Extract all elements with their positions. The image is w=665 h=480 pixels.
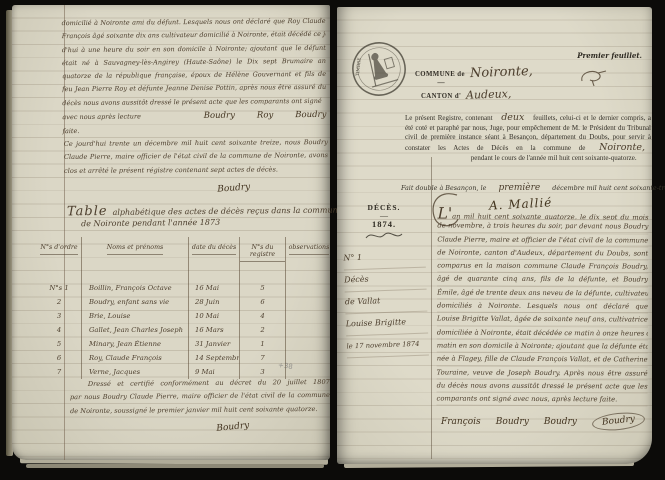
cell-date: 14 Septembre: [188, 351, 239, 365]
handwritten-line: âgé de quarante cinq ans, fils de la déf…: [437, 273, 648, 287]
cell-register-number: 1: [239, 337, 285, 351]
cell-order: 3: [37, 309, 81, 323]
table-title-line2: de Noironte pendant l'année 1873: [81, 217, 327, 233]
cell-register-number: 6: [239, 295, 285, 309]
handwritten-line: Louise Brigitte Vallat, âgée de soixante…: [437, 313, 648, 327]
cell-observations: [285, 323, 332, 337]
table-row: 5 Minary, Jean Étienne 31 Janvier 1: [37, 337, 332, 351]
table-title-rest: alphabétique des actes de décès reçus da…: [112, 205, 342, 216]
handwritten-line: domiciliée à Noironte, était décédée ce …: [437, 326, 648, 340]
cell-order: 4: [37, 323, 81, 337]
handwritten-line: Claude Pierre, maire et officier de l'ét…: [437, 233, 648, 247]
right-page: TIMBRE Premier feuillet. COMMUNE de Noir…: [337, 7, 652, 464]
printed-text: pendant le cours de l'année mil huit cen…: [471, 154, 637, 162]
signature: Boudry: [204, 109, 235, 123]
certification-paragraph: Dressé et certifié conformément au décre…: [70, 376, 330, 430]
dash: —: [337, 212, 431, 219]
commune-canton-block: COMMUNE de Noironte, — CANTON d' Audeux,: [415, 65, 533, 101]
margin-entry: N° 1: [343, 246, 426, 271]
handwritten-line: comparants ont signé avec nous, après le…: [436, 393, 647, 407]
margin-entry: de Vallat: [345, 290, 428, 315]
cell-order: 7: [37, 365, 81, 379]
act-signatures-row: FrançoisBoudryBoudryBoudry: [441, 413, 645, 430]
death-act-vallat-paragraph: L'an mil huit cent soixante quatorze, le…: [436, 206, 648, 407]
cell-order: 5: [37, 337, 81, 351]
cell-register-number: 5: [239, 281, 285, 295]
signature: Boudry: [496, 417, 529, 427]
handwritten-line: de Noironte, canton d'Audeux, départemen…: [437, 246, 648, 260]
death-act-roy-last-line-row: avec nous après lecture faite. BoudryRoy…: [62, 108, 326, 124]
cell-name: Gallet, Jean Charles Joseph: [81, 323, 188, 337]
col-header-order: N°s d'ordre: [37, 237, 81, 281]
margin-entry: le 17 novembre 1874: [346, 334, 429, 359]
cell-name: Roy, Claude François: [81, 351, 188, 365]
cell-date: 10 Mai: [188, 309, 239, 323]
register-statement-paragraph: Le présent Registre, contenant deux feui…: [405, 113, 651, 164]
cell-date: 16 Mai: [188, 281, 239, 295]
handwritten-line: clos et arrêté le présent régistre conte…: [64, 163, 328, 178]
cell-observations: [285, 309, 332, 323]
cell-observations: [285, 281, 332, 295]
signature: Boudry: [217, 176, 328, 194]
margin-header: DÉCÈS. — 1874.: [337, 203, 431, 241]
handwritten-line: matin en son domicile à Noironte; ajouta…: [437, 339, 648, 353]
cell-name: Boudry, enfant sans vie: [81, 295, 188, 309]
col-header-register: N°s du registre: [239, 237, 285, 281]
handwritten-line: avec nous après lecture faite.: [62, 109, 160, 138]
handwritten-line: Claude Pierre, maire officier de l'état …: [64, 149, 328, 164]
commune-row: COMMUNE de Noironte,: [415, 65, 533, 80]
cell-date: 28 Juin: [188, 295, 239, 309]
handwritten-line: de novembre, à trois heures du soir, par…: [437, 220, 648, 234]
handwritten-insertion-feuillets-count: deux: [495, 112, 530, 123]
cell-observations: [285, 337, 332, 351]
handwritten-line: comparus en la maison commune Claude Fra…: [437, 260, 648, 274]
printed-text: décembre mil huit cent soixante-treize.: [552, 184, 665, 192]
premier-feuillet-label: Premier feuillet.: [577, 51, 642, 60]
table-title-line1: Tablealphabétique des actes de décès reç…: [67, 202, 327, 220]
canton-label: CANTON d': [421, 93, 461, 100]
signature: Roy: [257, 108, 273, 122]
signature: Boudry: [591, 410, 645, 432]
register-closing-paragraph: Ce jourd'hui trente un décembre mil huit…: [64, 136, 328, 192]
margin-entry: Décès: [344, 268, 427, 293]
page-stack-edge-bottom-left2: [26, 464, 324, 468]
signature: Boudry: [544, 417, 577, 427]
scanned-register-spread: domicilié à Noironte ami du défunt. Lesq…: [0, 0, 665, 480]
cell-date: 31 Janvier: [188, 337, 239, 351]
signature-row: BoudryRoyBoudry: [204, 108, 327, 123]
canton-name-handwritten: Audeux,: [466, 87, 512, 102]
left-page: domicilié à Noironte ami du défunt. Lesq…: [12, 5, 330, 460]
separator-dash: —: [437, 80, 533, 86]
printed-text: Le présent Registre, contenant: [405, 114, 493, 122]
judge-paraph-flourish: [578, 67, 612, 89]
commune-label: COMMUNE de: [415, 71, 465, 78]
handwritten-line: Émile, âgé de trente deux ans neveu de l…: [437, 286, 648, 300]
stamp-label: TIMBRE: [356, 57, 363, 76]
cell-observations: [285, 295, 332, 309]
handwritten-line: du décès nous avons aussitôt dressé le p…: [437, 379, 648, 393]
table-row: N°s 1 Boillin, François Octave 16 Mai 5: [37, 281, 332, 295]
canton-row: CANTON d' Audeux,: [421, 88, 533, 101]
cell-date: 16 Mars: [188, 323, 239, 337]
death-act-roy-lines: domicilié à Noironte ami du défunt. Lesq…: [62, 15, 327, 110]
table-row: 2 Boudry, enfant sans vie 28 Juin 6: [37, 295, 332, 309]
table-row: 4 Gallet, Jean Charles Joseph 16 Mars 2: [37, 323, 332, 337]
signature: Boudry: [295, 108, 326, 122]
revenue-stamp-icon: TIMBRE: [343, 33, 415, 105]
table-row: 3 Brie, Louise 10 Mai 4: [37, 309, 332, 323]
handwritten-line: domiciliés à Noironte. Lesquels nous ont…: [437, 300, 648, 314]
commune-name-handwritten: Noironte,: [470, 64, 533, 81]
margin-entries: N° 1Décèsde VallatLouise Brigittele 17 n…: [343, 246, 429, 359]
margin-separator-rule: [431, 157, 432, 459]
handwritten-insertion-date: première: [488, 183, 550, 193]
cell-name: Brie, Louise: [81, 309, 188, 323]
table-header-row: N°s d'ordre Noms et prénoms date du décè…: [37, 237, 332, 281]
death-act-roy-paragraph: domicilié à Noironte ami du défunt. Lesq…: [62, 15, 327, 124]
cell-name: Minary, Jean Étienne: [81, 337, 188, 351]
signature: François: [441, 417, 481, 427]
cell-order: 6: [37, 351, 81, 365]
cell-register-number: 2: [239, 323, 285, 337]
death-acts-table: N°s d'ordre Noms et prénoms date du décè…: [37, 237, 332, 379]
flourish: [364, 231, 404, 241]
col-header-observations: observations: [285, 237, 332, 281]
table-title: Tablealphabétique des actes de décès reç…: [67, 202, 327, 233]
handwritten-line: L'an mil huit cent soixante quatorze, le…: [437, 206, 648, 220]
table-title-word: Table: [67, 204, 108, 219]
margin-entry: Louise Brigitte: [345, 312, 428, 337]
cell-order: N°s 1: [37, 281, 81, 295]
col-header-date: date du décès: [188, 237, 239, 281]
certification-lines: Dressé et certifié conformément au décre…: [70, 376, 330, 418]
year-label: 1874.: [337, 219, 431, 229]
cell-name: Boillin, François Octave: [81, 281, 188, 295]
handwritten-line: née à Flagey, fille de Claude François V…: [437, 353, 648, 367]
register-closing-lines: Ce jourd'hui trente un décembre mil huit…: [64, 136, 328, 178]
col-header-names: Noms et prénoms: [81, 237, 188, 281]
handwritten-line: Touraine, veuve de Joseph Boudry. Après …: [437, 366, 648, 380]
cell-order: 2: [37, 295, 81, 309]
handwritten-insertion-commune: Noironte,: [593, 142, 651, 153]
cell-register-number: 4: [239, 309, 285, 323]
